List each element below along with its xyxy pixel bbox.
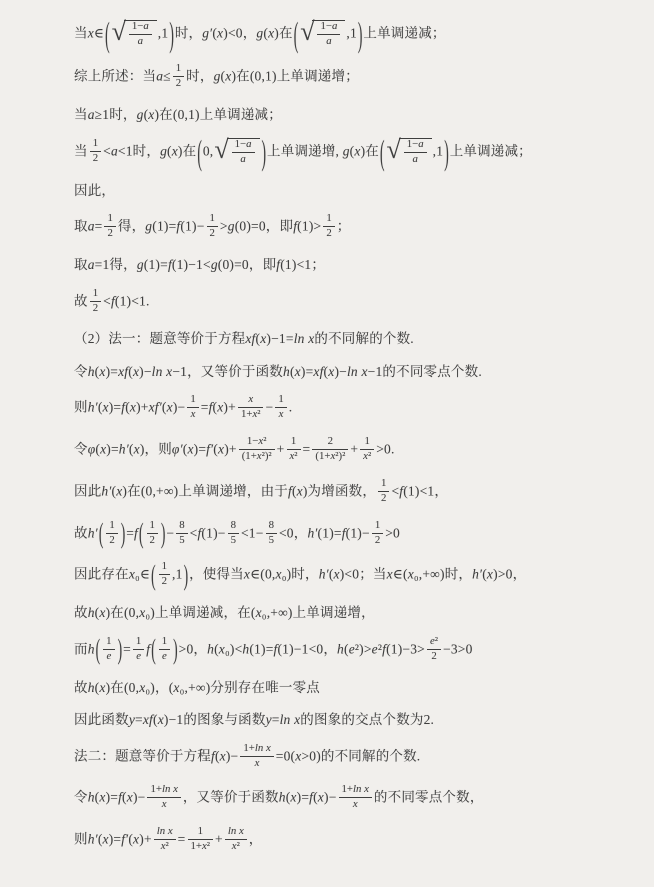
fraction-numerator: 8	[266, 520, 277, 534]
math-line-21: 令h(x)=f(x)−1+ln xx，又等价于函数h(x)=f(x)−1+ln …	[74, 785, 628, 812]
document-page: 当x∈(√1−aa,1)时，g′(x)<0，g(x)在(√1−aa,1)上单调递…	[0, 0, 654, 887]
math-text: 因此h′(x)在(0,+∞)上单调递增，由于f(x)为增函数，	[74, 483, 376, 498]
radical-icon: √	[300, 19, 314, 45]
fraction-denominator: x²	[225, 840, 247, 853]
fraction-numerator: 1	[173, 63, 184, 77]
close-paren: )	[117, 632, 124, 669]
math-line-2: 综上所述：当a≤12时，g(x)在(0,1)上单调递增；	[74, 64, 628, 91]
math-solution-text: 当x∈(√1−aa,1)时，g′(x)<0，g(x)在(√1−aa,1)上单调递…	[74, 20, 628, 854]
math-text: 取a=1得，g(1)=f(1)−1<g(0)=0，即f(1)<1；	[74, 257, 325, 272]
fraction-denominator: 2	[378, 492, 389, 505]
fraction: 12	[90, 138, 101, 165]
fraction: 1−aa	[129, 21, 152, 48]
math-line-3: 当a≥1时，g(x)在(0,1)上单调递减；	[74, 106, 628, 124]
fraction-numerator: 1	[275, 394, 286, 408]
math-text: 令φ(x)=h′(x)，则φ′(x)=f′(x)+	[74, 442, 237, 457]
math-text: −	[265, 400, 273, 415]
fraction: 12	[147, 520, 158, 547]
open-paren: (	[150, 632, 157, 669]
math-text: .	[289, 400, 293, 415]
fraction: 12	[378, 478, 389, 505]
fraction-denominator: 5	[176, 534, 187, 547]
math-text: <f(1)<1.	[103, 293, 149, 308]
fraction: ln xx²	[154, 826, 176, 853]
math-line-16: 故h(x)在(0,x₀)上单调递减，在(x₀,+∞)上单调递增，	[74, 604, 628, 622]
math-text: =f	[126, 525, 138, 540]
fraction-numerator: 1+ln x	[147, 784, 180, 798]
math-text: <1−	[241, 525, 264, 540]
fraction: 1x	[275, 394, 286, 421]
fraction: 12	[106, 520, 117, 547]
fraction: 12	[173, 63, 184, 90]
math-text: 的不同零点个数，	[374, 790, 484, 805]
fraction-denominator: 2	[207, 227, 218, 240]
fraction-numerator: 1	[106, 520, 117, 534]
fraction-numerator: e²	[427, 636, 441, 650]
fraction: 12	[104, 213, 115, 240]
fraction-numerator: 1	[207, 213, 218, 227]
fraction-denominator: e	[103, 650, 114, 663]
math-text: >g(0)=0，即f(1)>	[220, 219, 321, 234]
math-line-22: 则h′(x)=f′(x)+ln xx²=11+x²+ln xx²，	[74, 827, 628, 854]
math-text: <f(1)−	[190, 525, 226, 540]
open-paren: (	[150, 557, 157, 594]
fraction-denominator: 2	[372, 534, 383, 547]
math-line-14: 故h′(12)=f(12)−85<f(1)−85<1−85<0，h′(1)=f(…	[74, 521, 628, 548]
fraction-denominator: x²	[154, 840, 176, 853]
fraction-numerator: 8	[176, 520, 187, 534]
fraction-numerator: x	[238, 394, 264, 408]
math-text: 取a=	[74, 219, 102, 234]
sqrt-expression: √1−aa	[214, 138, 259, 167]
fraction-numerator: 1	[287, 436, 301, 450]
fraction-numerator: 1−a	[232, 139, 255, 153]
close-paren: )	[261, 130, 268, 176]
fraction-denominator: 2	[427, 650, 441, 663]
fraction-numerator: 1−a	[317, 21, 340, 35]
fraction-numerator: 1	[159, 636, 170, 650]
fraction-numerator: 1	[104, 213, 115, 227]
fraction-denominator: 2	[90, 152, 101, 165]
fraction: 1e	[103, 636, 114, 663]
fraction-denominator: 1+x²	[238, 408, 264, 421]
math-text: >0.	[376, 442, 394, 457]
math-text: <f(1)<1，	[391, 483, 448, 498]
math-line-1: 当x∈(√1−aa,1)时，g′(x)<0，g(x)在(√1−aa,1)上单调递…	[74, 20, 628, 49]
sqrt-body: 1−aa	[399, 138, 432, 167]
fraction-numerator: 1	[378, 478, 389, 492]
fraction-numerator: 2	[312, 436, 348, 450]
math-text: 而h	[74, 641, 95, 656]
fraction: 12	[159, 561, 170, 588]
math-text: <0，h′(1)=f(1)−	[279, 525, 370, 540]
fraction: e²2	[427, 636, 441, 663]
math-text: 0,	[203, 144, 214, 159]
math-text: 法二：题意等价于方程f(x)−	[74, 748, 238, 763]
math-line-19: 因此函数y=xf(x)−1的图象与函数y=ln x的图象的交点个数为2.	[74, 711, 628, 729]
math-text: =	[178, 832, 186, 847]
math-text: 上单调递减；	[450, 144, 532, 159]
math-line-18: 故h(x)在(0,x₀)，(x₀,+∞)分别存在唯一零点	[74, 679, 628, 697]
math-line-5: 因此，	[74, 182, 628, 200]
close-paren: )	[357, 12, 364, 58]
fraction-denominator: x	[275, 408, 286, 421]
math-text: −	[166, 525, 174, 540]
close-paren: )	[183, 557, 190, 594]
fraction: 1e	[133, 636, 144, 663]
fraction: 12	[207, 213, 218, 240]
fraction: x1+x²	[238, 394, 264, 421]
close-paren: )	[172, 632, 179, 669]
fraction: 12	[90, 288, 101, 315]
radical-icon: √	[112, 19, 126, 45]
math-text: 令h(x)=f(x)−	[74, 790, 145, 805]
open-paren: (	[138, 516, 145, 553]
math-text: =	[303, 442, 311, 457]
fraction: 1x	[187, 394, 198, 421]
close-paren: )	[443, 130, 450, 176]
math-text: 综上所述：当a≤	[74, 68, 171, 83]
fraction-numerator: ln x	[225, 826, 247, 840]
fraction-numerator: 1	[323, 213, 334, 227]
math-text: 故h′	[74, 525, 98, 540]
fraction: 1−aa	[232, 139, 255, 166]
math-text: +	[215, 832, 223, 847]
math-line-7: 取a=1得，g(1)=f(1)−1<g(0)=0，即f(1)<1；	[74, 256, 628, 274]
fraction: 1−aa	[404, 139, 427, 166]
math-text: 则h′(x)=f′(x)+	[74, 832, 152, 847]
math-text: 故h(x)在(0,x₀)上单调递减，在(x₀,+∞)上单调递增，	[74, 605, 375, 620]
math-text: ,1	[433, 144, 444, 159]
sqrt-body: 1−aa	[227, 138, 260, 167]
math-text: 时，g(x)在(0,1)上单调递增；	[186, 68, 359, 83]
fraction: 1+ln xx	[339, 784, 372, 811]
math-text: 因此，	[74, 183, 115, 198]
math-text: 令h(x)=xf(x)−ln x−1，又等价于函数h(x)=xf(x)−ln x…	[74, 364, 482, 379]
math-line-4: 当12<a<1时，g(x)在(0,√1−aa)上单调递增, g(x)在(√1−a…	[74, 138, 628, 167]
fraction-denominator: e	[133, 650, 144, 663]
math-text: <a<1时，g(x)在	[103, 144, 196, 159]
math-text: =0(x>0)的不同解的个数.	[276, 748, 421, 763]
fraction-denominator: a	[404, 153, 427, 166]
fraction: 1e	[159, 636, 170, 663]
close-paren: )	[168, 12, 175, 58]
fraction-denominator: 2	[104, 227, 115, 240]
fraction: ln xx²	[225, 826, 247, 853]
fraction: 85	[266, 520, 277, 547]
fraction-denominator: x	[339, 798, 372, 811]
fraction-numerator: 1−a	[129, 21, 152, 35]
math-text: >0	[385, 525, 400, 540]
math-text: 故	[74, 293, 88, 308]
math-text: ，	[249, 832, 263, 847]
math-text: 上单调递增, g(x)在	[267, 144, 379, 159]
open-paren: (	[196, 130, 203, 176]
radical-icon: √	[386, 137, 400, 163]
fraction-denominator: (1+x²)²	[239, 450, 275, 463]
close-paren: )	[160, 516, 167, 553]
fraction-denominator: 2	[106, 534, 117, 547]
fraction-numerator: 1	[90, 138, 101, 152]
math-text: ,1	[346, 25, 357, 40]
sqrt-body: 1−aa	[124, 20, 157, 49]
fraction-denominator: a	[232, 153, 255, 166]
fraction-numerator: ln x	[154, 826, 176, 840]
fraction: 1+ln xx	[147, 784, 180, 811]
fraction-numerator: 1−x²	[239, 436, 275, 450]
fraction-denominator: 5	[266, 534, 277, 547]
open-paren: (	[379, 130, 386, 176]
fraction-denominator: x	[147, 798, 180, 811]
sqrt-expression: √1−aa	[386, 138, 431, 167]
fraction: 1+ln xx	[240, 743, 273, 770]
fraction: 1−x²(1+x²)²	[239, 436, 275, 463]
math-text: 当	[74, 144, 88, 159]
math-text: 当x∈	[74, 25, 104, 40]
math-text: =	[123, 641, 131, 656]
math-text: 因此存在x₀∈	[74, 567, 150, 582]
fraction: 2(1+x²)²	[312, 436, 348, 463]
fraction: 1x²	[360, 436, 374, 463]
fraction-denominator: a	[129, 35, 152, 48]
math-text: ，使得当x∈(0,x₀)时，h′(x)<0；当x∈(x₀,+∞)时，h′(x)>…	[189, 567, 526, 582]
fraction-denominator: x²	[360, 450, 374, 463]
math-text: +	[350, 442, 358, 457]
math-text: 得，g(1)=f(1)−	[118, 219, 205, 234]
math-line-12: 令φ(x)=h′(x)，则φ′(x)=f′(x)+1−x²(1+x²)²+1x²…	[74, 437, 628, 464]
math-text: 当a≥1时，g(x)在(0,1)上单调递减；	[74, 107, 282, 122]
fraction: 85	[176, 520, 187, 547]
fraction-denominator: a	[317, 35, 340, 48]
fraction-numerator: 1	[187, 394, 198, 408]
math-text: 时，g′(x)<0，g(x)在	[175, 25, 293, 40]
fraction-denominator: 2	[90, 302, 101, 315]
math-line-13: 因此h′(x)在(0,+∞)上单调递增，由于f(x)为增函数，12<f(1)<1…	[74, 479, 628, 506]
math-text: 故h(x)在(0,x₀)，(x₀,+∞)分别存在唯一零点	[74, 680, 320, 695]
fraction-denominator: 2	[147, 534, 158, 547]
fraction-numerator: 1	[159, 561, 170, 575]
fraction-numerator: 1	[133, 636, 144, 650]
math-line-11: 则h′(x)=f(x)+xf′(x)−1x=f(x)+x1+x²−1x.	[74, 395, 628, 422]
math-line-8: 故12<f(1)<1.	[74, 289, 628, 316]
math-text: ；	[337, 219, 351, 234]
math-text: （2）法一：题意等价于方程xf(x)−1=ln x的不同解的个数.	[74, 331, 414, 346]
fraction-denominator: 1+x²	[188, 840, 214, 853]
math-text: +	[277, 442, 285, 457]
fraction: 12	[323, 213, 334, 240]
fraction-numerator: 8	[228, 520, 239, 534]
math-text: ,1	[158, 25, 169, 40]
sqrt-body: 1−aa	[312, 20, 345, 49]
math-text: 则h′(x)=f(x)+xf′(x)−	[74, 400, 185, 415]
radical-icon: √	[214, 137, 228, 163]
math-line-15: 因此存在x₀∈(12,1)，使得当x∈(0,x₀)时，h′(x)<0；当x∈(x…	[74, 562, 628, 589]
open-paren: (	[293, 12, 300, 58]
fraction-numerator: 1	[90, 288, 101, 302]
fraction-numerator: 1	[188, 826, 214, 840]
math-text: ,1	[172, 567, 183, 582]
sqrt-expression: √1−aa	[112, 20, 157, 49]
fraction-denominator: e	[159, 650, 170, 663]
fraction-numerator: 1+ln x	[240, 743, 273, 757]
fraction-denominator: 5	[228, 534, 239, 547]
fraction-denominator: 2	[159, 575, 170, 588]
open-paren: (	[104, 12, 111, 58]
fraction-denominator: x	[187, 408, 198, 421]
fraction: 11+x²	[188, 826, 214, 853]
math-text: =f(x)+	[201, 400, 236, 415]
fraction-numerator: 1	[147, 520, 158, 534]
math-text: >0，h(x₀)<h(1)=f(1)−1<0，h(e²)>e²f(1)−3>	[179, 641, 425, 656]
fraction: 1x²	[287, 436, 301, 463]
math-text: 上单调递减；	[363, 25, 445, 40]
fraction-denominator: 2	[323, 227, 334, 240]
fraction-denominator: x	[240, 757, 273, 770]
math-line-10: 令h(x)=xf(x)−ln x−1，又等价于函数h(x)=xf(x)−ln x…	[74, 363, 628, 381]
math-line-6: 取a=12得，g(1)=f(1)−12>g(0)=0，即f(1)>12；	[74, 214, 628, 241]
math-text: −3>0	[443, 641, 473, 656]
math-line-20: 法二：题意等价于方程f(x)−1+ln xx=0(x>0)的不同解的个数.	[74, 744, 628, 771]
fraction: 85	[228, 520, 239, 547]
math-text: ，又等价于函数h(x)=f(x)−	[183, 790, 337, 805]
fraction-numerator: 1+ln x	[339, 784, 372, 798]
open-paren: (	[95, 632, 102, 669]
math-line-9: （2）法一：题意等价于方程xf(x)−1=ln x的不同解的个数.	[74, 330, 628, 348]
open-paren: (	[98, 516, 105, 553]
close-paren: )	[120, 516, 127, 553]
fraction: 12	[372, 520, 383, 547]
fraction: 1−aa	[317, 21, 340, 48]
sqrt-expression: √1−aa	[300, 20, 345, 49]
fraction-denominator: (1+x²)²	[312, 450, 348, 463]
fraction-denominator: 2	[173, 77, 184, 90]
fraction-numerator: 1−a	[404, 139, 427, 153]
math-line-17: 而h(1e)=1ef(1e)>0，h(x₀)<h(1)=f(1)−1<0，h(e…	[74, 637, 628, 664]
fraction-numerator: 1	[360, 436, 374, 450]
fraction-denominator: x²	[287, 450, 301, 463]
fraction-numerator: 1	[372, 520, 383, 534]
fraction-numerator: 1	[103, 636, 114, 650]
math-text: 因此函数y=xf(x)−1的图象与函数y=ln x的图象的交点个数为2.	[74, 712, 434, 727]
